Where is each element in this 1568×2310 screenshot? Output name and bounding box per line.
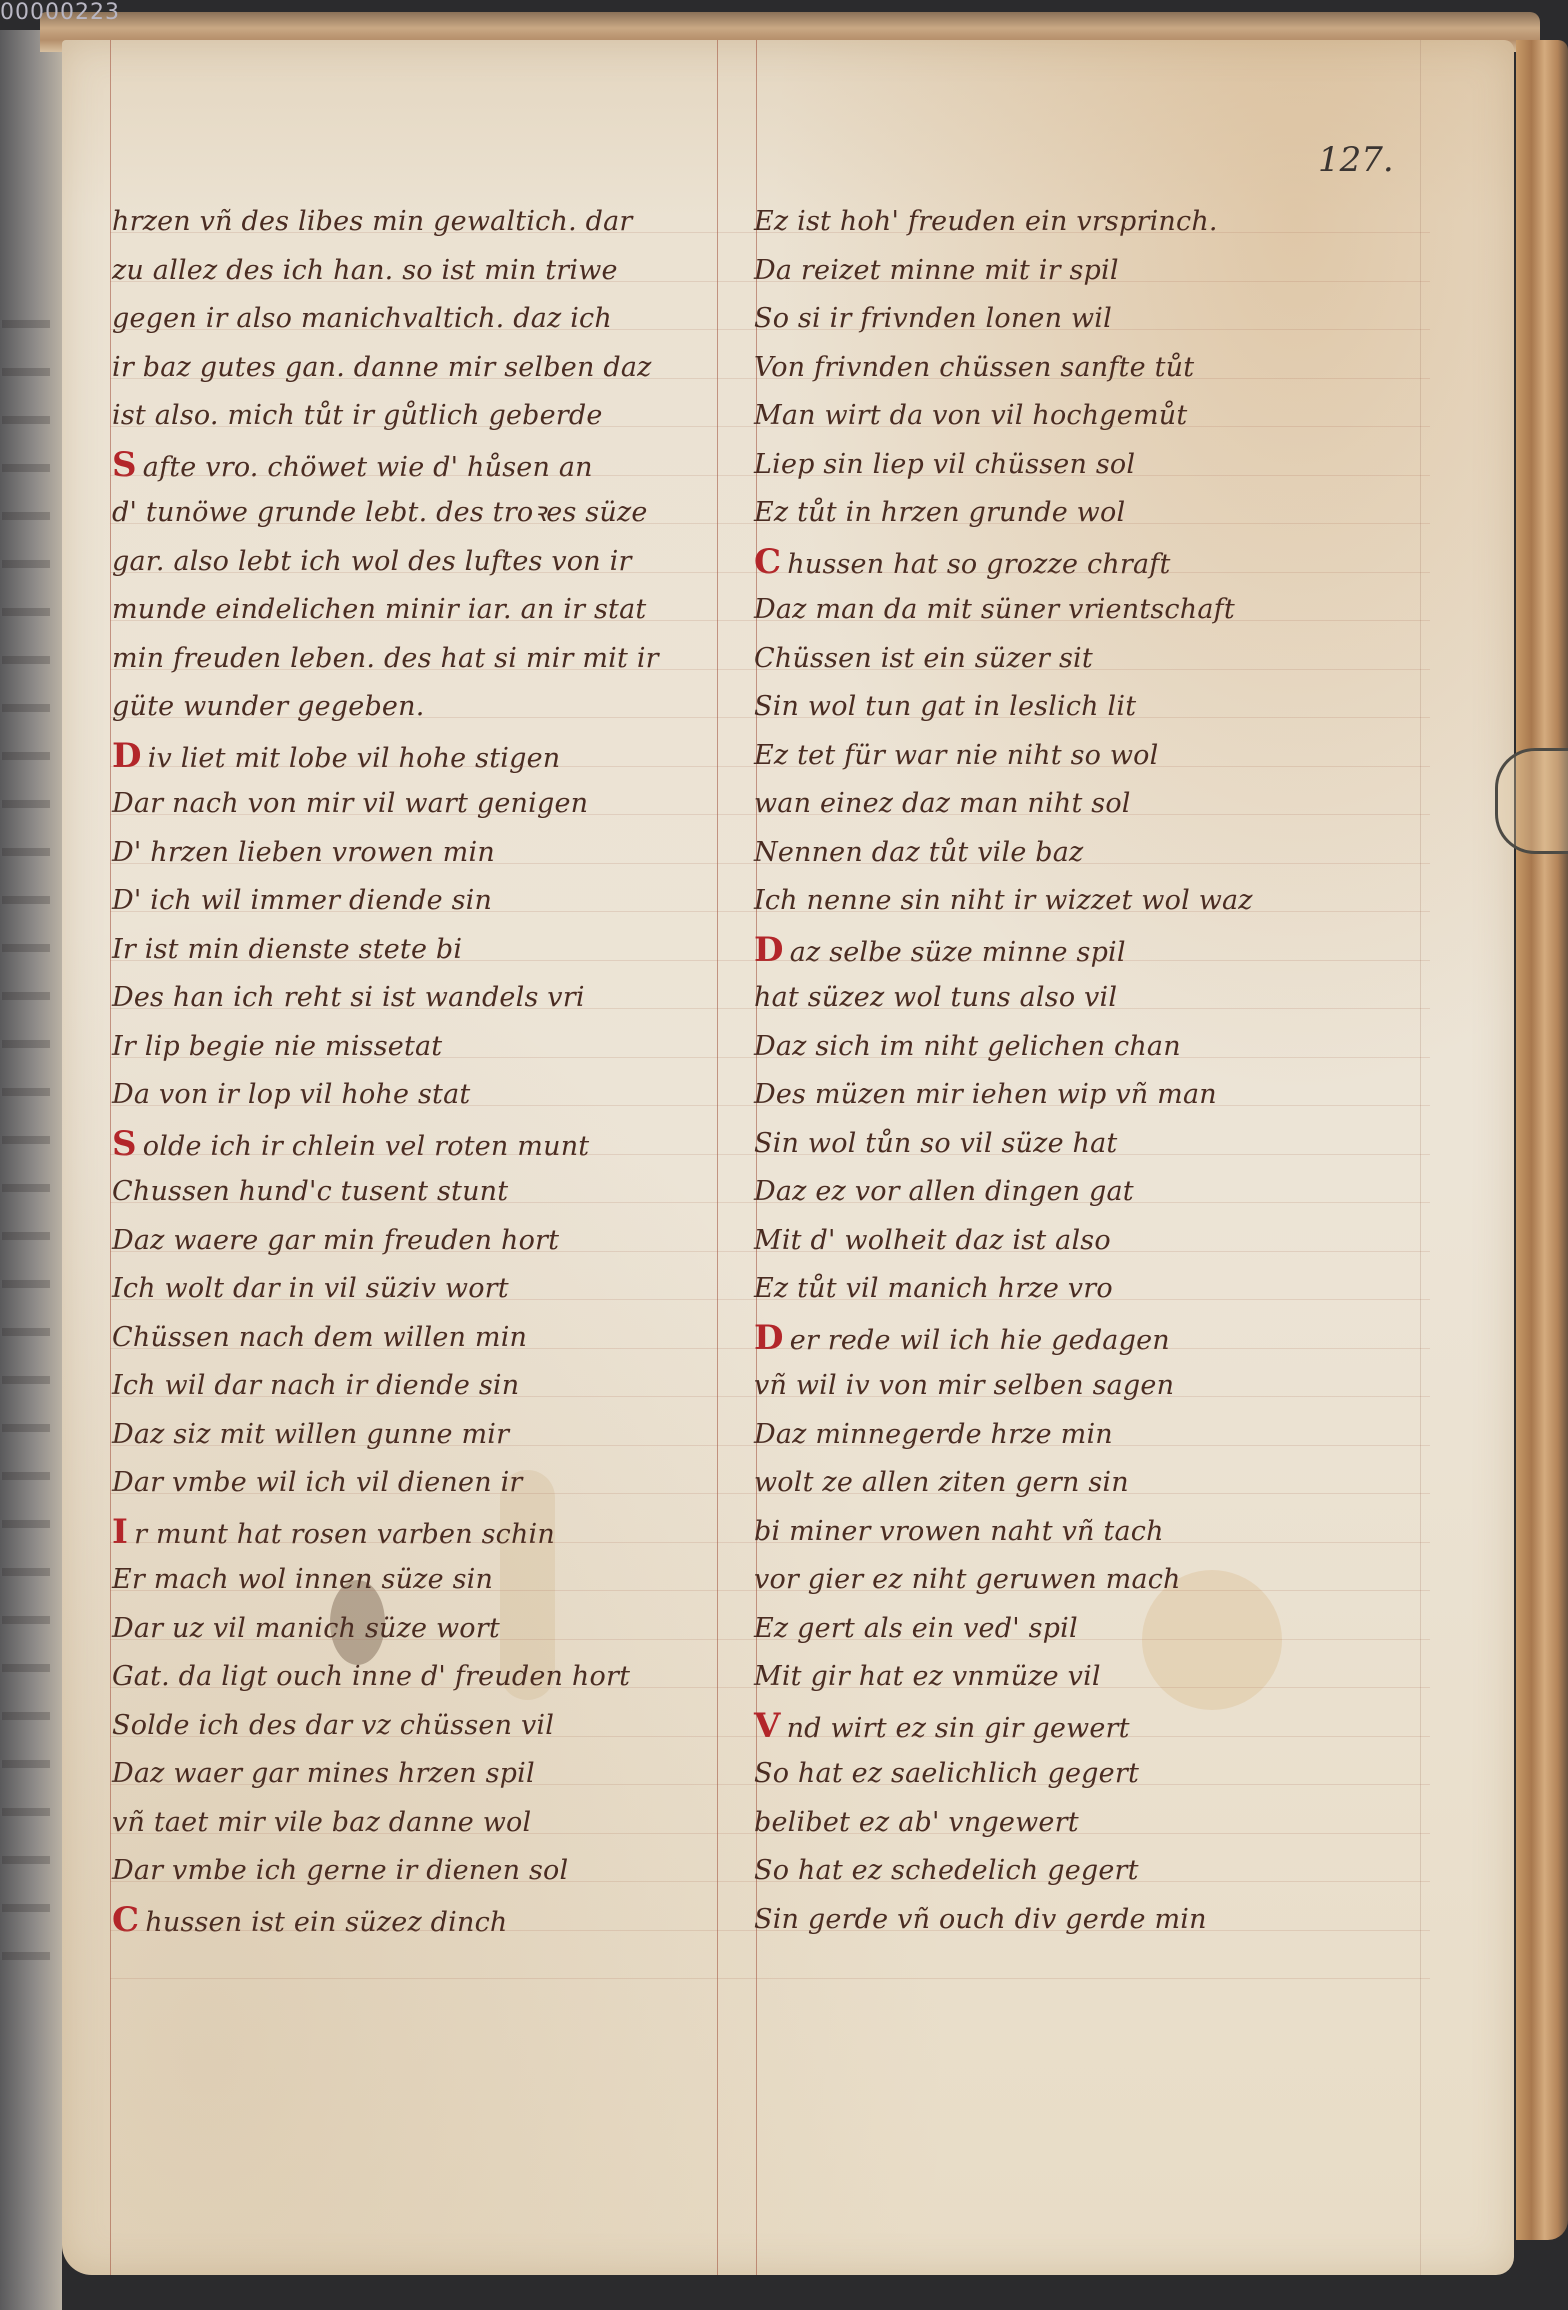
- ruling-horizontal: [110, 1445, 1430, 1446]
- manuscript-line: Ez tůt in hrzen grunde wol: [754, 489, 1394, 538]
- manuscript-line: Er mach wol innen süze sin: [112, 1556, 732, 1605]
- previous-page-text-bleed: [2, 290, 50, 1990]
- manuscript-line: Dar nach von mir vil wart genigen: [112, 780, 732, 829]
- ruling-horizontal: [110, 1202, 1430, 1203]
- ruling-horizontal: [110, 669, 1430, 670]
- line-text: hussen hat so grozze chraft: [787, 549, 1170, 580]
- ruling-horizontal: [110, 523, 1430, 524]
- manuscript-line: Div liet mit lobe vil hohe stigen: [112, 732, 732, 781]
- manuscript-line: Ir munt hat rosen varben schin: [112, 1508, 732, 1557]
- manuscript-line: Solde ich des dar vz chüssen vil: [112, 1702, 732, 1751]
- ruling-horizontal: [110, 717, 1430, 718]
- ruling-horizontal: [110, 329, 1430, 330]
- ruling-horizontal: [110, 1105, 1430, 1106]
- rubricated-initial: D: [112, 736, 142, 776]
- manuscript-line: Liep sin liep vil chüssen sol: [754, 441, 1394, 490]
- manuscript-line: hrzen vñ des libes min gewaltich. dar: [112, 198, 732, 247]
- ruling-horizontal: [110, 1542, 1430, 1543]
- manuscript-line: Sin wol tun gat in leslich lit: [754, 683, 1394, 732]
- ruling-horizontal: [110, 1493, 1430, 1494]
- manuscript-line: Der rede wil ich hie gedagen: [754, 1314, 1394, 1363]
- manuscript-line: D' hrzen lieben vrowen min: [112, 829, 732, 878]
- manuscript-line: wolt ze allen ziten gern sin: [754, 1459, 1394, 1508]
- ruling-horizontal: [110, 766, 1430, 767]
- ruling-horizontal: [110, 1639, 1430, 1640]
- ruling-horizontal: [110, 1299, 1430, 1300]
- manuscript-line: vñ taet mir vile baz danne wol: [112, 1799, 732, 1848]
- manuscript-line: Man wirt da von vil hochgemůt: [754, 392, 1394, 441]
- line-text: olde ich ir chlein vel roten munt: [143, 1131, 590, 1162]
- manuscript-line: Daz waere gar min freuden hort: [112, 1217, 732, 1266]
- manuscript-line: Sin gerde vñ ouch div gerde min: [754, 1896, 1394, 1945]
- ruling-horizontal: [110, 620, 1430, 621]
- ruling-horizontal: [110, 475, 1430, 476]
- ruling-horizontal: [110, 1348, 1430, 1349]
- manuscript-line: ist also. mich tůt ir gůtlich geberde: [112, 392, 732, 441]
- rubricated-initial: V: [754, 1706, 781, 1746]
- manuscript-line: Von frivnden chüssen sanfte tůt: [754, 344, 1394, 393]
- ruling-horizontal: [110, 1736, 1430, 1737]
- rubricated-initial: C: [754, 542, 781, 582]
- manuscript-line: gegen ir also manichvaltich. daz ich: [112, 295, 732, 344]
- ruling-horizontal: [110, 1687, 1430, 1688]
- ruling-horizontal: [110, 1784, 1430, 1785]
- manuscript-line: Solde ich ir chlein vel roten munt: [112, 1120, 732, 1169]
- line-text: iv liet mit lobe vil hohe stigen: [148, 743, 561, 774]
- scan-id-label: 00000223: [0, 0, 120, 25]
- folio-number: 127.: [1318, 140, 1394, 180]
- manuscript-line: vor gier ez niht geruwen mach: [754, 1556, 1394, 1605]
- manuscript-line: zu allez des ich han. so ist min triwe: [112, 247, 732, 296]
- manuscript-line: Safte vro. chöwet wie d' hůsen an: [112, 441, 732, 490]
- rubricated-initial: I: [112, 1512, 128, 1552]
- line-text: hussen ist ein süzez dinch: [145, 1907, 507, 1938]
- manuscript-line: Ir ist min dienste stete bi: [112, 926, 732, 975]
- manuscript-line: d' tunöwe grunde lebt. des troꝛes süze: [112, 489, 732, 538]
- rubricated-initial: S: [112, 445, 137, 485]
- manuscript-line: Nennen daz tůt vile baz: [754, 829, 1394, 878]
- manuscript-line: Chüssen ist ein süzer sit: [754, 635, 1394, 684]
- manuscript-line: Ez tůt vil manich hrze vro: [754, 1265, 1394, 1314]
- ruling-horizontal: [110, 960, 1430, 961]
- manuscript-line: gar. also lebt ich wol des luftes von ir: [112, 538, 732, 587]
- manuscript-line: bi miner vrowen naht vñ tach: [754, 1508, 1394, 1557]
- rubricated-initial: D: [754, 930, 784, 970]
- manuscript-line: ir baz gutes gan. danne mir selben daz: [112, 344, 732, 393]
- manuscript-line: Ez tet für war nie niht so wol: [754, 732, 1394, 781]
- line-text: er rede wil ich hie gedagen: [790, 1325, 1170, 1356]
- manuscript-line: Des han ich reht si ist wandels vri: [112, 974, 732, 1023]
- ruling-horizontal: [110, 281, 1430, 282]
- manuscript-line: Chussen ist ein süzez dinch: [112, 1896, 732, 1945]
- manuscript-line: Daz selbe süze minne spil: [754, 926, 1394, 975]
- manuscript-line: vñ wil iv von mir selben sagen: [754, 1362, 1394, 1411]
- manuscript-line: D' ich wil immer diende sin: [112, 877, 732, 926]
- manuscript-line: Chüssen nach dem willen min: [112, 1314, 732, 1363]
- manuscript-line: Daz ez vor allen dingen gat: [754, 1168, 1394, 1217]
- manuscript-line: Da reizet minne mit ir spil: [754, 247, 1394, 296]
- line-text: nd wirt ez sin gir gewert: [787, 1713, 1130, 1744]
- ruling-horizontal: [110, 426, 1430, 427]
- line-text: az selbe süze minne spil: [790, 937, 1126, 968]
- ruling-horizontal: [110, 1154, 1430, 1155]
- manuscript-line: Ez gert als ein ved' spil: [754, 1605, 1394, 1654]
- manuscript-line: Ich nenne sin niht ir wizzet wol waz: [754, 877, 1394, 926]
- manuscript-line: hat süzez wol tuns also vil: [754, 974, 1394, 1023]
- ruling-horizontal: [110, 1590, 1430, 1591]
- manuscript-line: Chussen hund'c tusent stunt: [112, 1168, 732, 1217]
- manuscript-line: min freuden leben. des hat si mir mit ir: [112, 635, 732, 684]
- rubricated-initial: S: [112, 1124, 137, 1164]
- manuscript-line: Ich wil dar nach ir diende sin: [112, 1362, 732, 1411]
- ruling-right-margin: [1420, 40, 1421, 2275]
- rubricated-initial: D: [754, 1318, 784, 1358]
- ruling-horizontal: [110, 1057, 1430, 1058]
- ruling-horizontal: [110, 1881, 1430, 1882]
- manuscript-line: Dar vmbe wil ich vil dienen ir: [112, 1459, 732, 1508]
- manuscript-line: Ir lip begie nie missetat: [112, 1023, 732, 1072]
- ruling-horizontal: [110, 572, 1430, 573]
- book-clasp: [1495, 748, 1568, 854]
- manuscript-line: güte wunder gegeben.: [112, 683, 732, 732]
- right-text-column: Ez ist hoh' freuden ein vrsprinch.Da rei…: [754, 198, 1394, 1944]
- line-text: r munt hat rosen varben schin: [134, 1519, 555, 1550]
- previous-page-edge: [0, 30, 62, 2310]
- manuscript-line: Dar uz vil manich süze wort: [112, 1605, 732, 1654]
- manuscript-line: Daz siz mit willen gunne mir: [112, 1411, 732, 1460]
- ruling-horizontal: [110, 232, 1430, 233]
- manuscript-line: Da von ir lop vil hohe stat: [112, 1071, 732, 1120]
- manuscript-line: Daz minnegerde hrze min: [754, 1411, 1394, 1460]
- ruling-horizontal: [110, 1251, 1430, 1252]
- ruling-horizontal: [110, 863, 1430, 864]
- manuscript-line: Daz waer gar mines hrzen spil: [112, 1750, 732, 1799]
- manuscript-line: belibet ez ab' vngewert: [754, 1799, 1394, 1848]
- manuscript-line: Des müzen mir iehen wip vñ man: [754, 1071, 1394, 1120]
- ruling-horizontal: [110, 1008, 1430, 1009]
- manuscript-line: So hat ez saelichlich gegert: [754, 1750, 1394, 1799]
- left-text-column: hrzen vñ des libes min gewaltich. darzu …: [112, 198, 732, 1944]
- ruling-horizontal: [110, 911, 1430, 912]
- ruling-horizontal: [110, 814, 1430, 815]
- manuscript-line: wan einez daz man niht sol: [754, 780, 1394, 829]
- manuscript-line: Daz sich im niht gelichen chan: [754, 1023, 1394, 1072]
- book-fore-edge: [1516, 40, 1568, 2240]
- ruling-horizontal: [110, 1978, 1430, 1979]
- ruling-horizontal: [110, 1396, 1430, 1397]
- manuscript-line: Mit d' wolheit daz ist also: [754, 1217, 1394, 1266]
- manuscript-line: Mit gir hat ez vnmüze vil: [754, 1653, 1394, 1702]
- manuscript-line: munde eindelichen minir iar. an ir stat: [112, 586, 732, 635]
- ruling-horizontal: [110, 1930, 1430, 1931]
- manuscript-line: So si ir frivnden lonen wil: [754, 295, 1394, 344]
- ruling-left-margin: [110, 40, 111, 2275]
- manuscript-line: Chussen hat so grozze chraft: [754, 538, 1394, 587]
- ruling-horizontal: [110, 378, 1430, 379]
- manuscript-line: Daz man da mit süner vrientschaft: [754, 586, 1394, 635]
- manuscript-line: Vnd wirt ez sin gir gewert: [754, 1702, 1394, 1751]
- manuscript-line: Ich wolt dar in vil süziv wort: [112, 1265, 732, 1314]
- line-text: afte vro. chöwet wie d' hůsen an: [143, 452, 593, 483]
- manuscript-line: So hat ez schedelich gegert: [754, 1847, 1394, 1896]
- rubricated-initial: C: [112, 1900, 139, 1940]
- manuscript-line: Dar vmbe ich gerne ir dienen sol: [112, 1847, 732, 1896]
- manuscript-line: Gat. da ligt ouch inne d' freuden hort: [112, 1653, 732, 1702]
- manuscript-line: Ez ist hoh' freuden ein vrsprinch.: [754, 198, 1394, 247]
- ruling-horizontal: [110, 1833, 1430, 1834]
- manuscript-line: Sin wol tůn so vil süze hat: [754, 1120, 1394, 1169]
